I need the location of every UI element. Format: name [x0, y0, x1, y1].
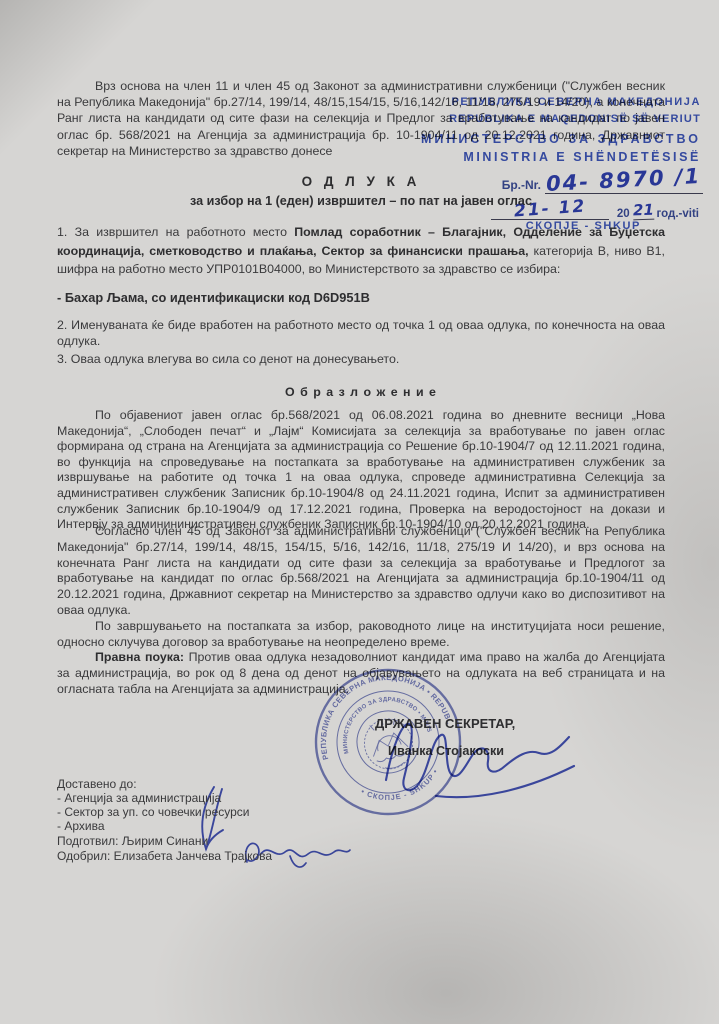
stamp-year-suffix: год.-viti: [657, 208, 699, 220]
stamp-ministry-line-sq: MINISTRIA E SHËNDETËSISË: [463, 150, 701, 164]
point-3: 3. Оваа одлука влегува во сила со денот …: [57, 351, 665, 367]
decision-title: О Д Л У К А: [57, 174, 665, 190]
point-2: 2. Именуваната ќе биде вработен на работ…: [57, 317, 665, 349]
scanned-document-page: Врз основа на член 11 и член 45 од Закон…: [0, 0, 719, 1024]
stamp-country-line-mk: РЕПУБЛИКА СЕВЕРНА МАКЕДОНИЈА: [452, 96, 702, 108]
decision-subtitle: за избор на 1 (еден) извршител – по пат …: [57, 193, 665, 209]
explanation-paragraph-2: Согласно член 45 од Законот за администр…: [57, 524, 665, 619]
explanation-paragraph-3: По завршувањето на постапката за избор, …: [57, 619, 665, 651]
stamp-ministry-line-mk: МИНИСТЕРСТВО ЗА ЗДРАВСТВО: [421, 132, 701, 146]
distribution-item: - Агенција за администрација: [57, 792, 221, 806]
stamp-country-line-sq: REPUBLIKA E MAQEDONISË SË VERIUT: [449, 113, 701, 125]
legal-label: Правна поука:: [95, 650, 184, 664]
candidate-line: - Бахар Љама, со идентификациски код D6D…: [57, 290, 665, 306]
explanation-paragraph-1: По објавениот јавен оглас бр.568/2021 од…: [57, 408, 665, 533]
secretary-signature: [378, 708, 578, 803]
distribution-item: - Архива: [57, 820, 105, 834]
explanation-title: О б р а з л о ж е н и е: [57, 384, 665, 400]
prepared-by-line: Подготвил: Љирим Синани: [57, 835, 208, 849]
distribution-item: - Сектор за уп. со човечки ресурси: [57, 806, 250, 820]
approved-by-line: Одобрил: Елизабета Јанчева Трајкова: [57, 850, 272, 864]
stamp-year-prefix: 20: [617, 208, 630, 220]
point-1-pre: 1. За извршител на работното место: [57, 225, 294, 239]
point-1: 1. За извршител на работното место Помла…: [57, 223, 665, 279]
distribution-label: Доставено до:: [57, 778, 137, 792]
